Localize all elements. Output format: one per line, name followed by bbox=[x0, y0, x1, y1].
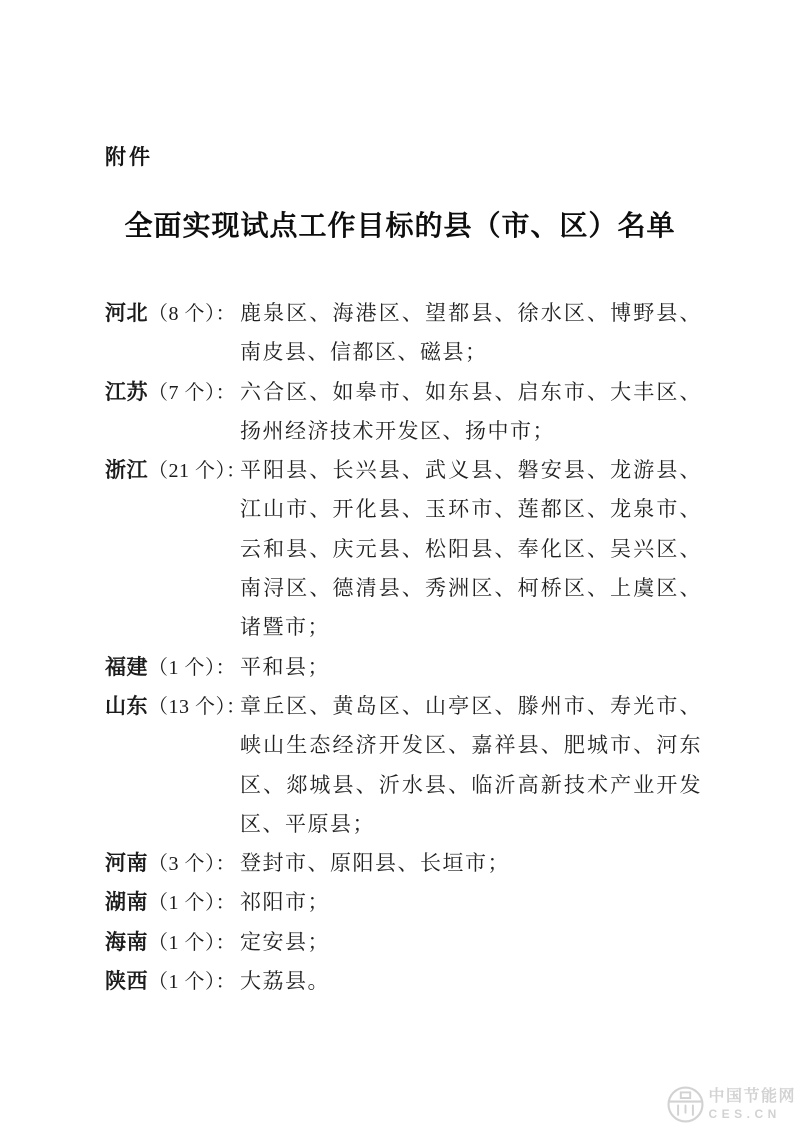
province-name: 河北 bbox=[105, 301, 148, 325]
province-entry-zhejiang: 浙江（21 个）： 平阳县、长兴县、武义县、磐安县、龙游县、江山市、开化县、玉环… bbox=[105, 451, 702, 647]
province-entry-henan: 河南（3 个）： 登封市、原阳县、长垣市； bbox=[105, 844, 702, 883]
attachment-label: 附件 bbox=[105, 141, 153, 171]
province-entry-fujian: 福建（1 个）： 平和县； bbox=[105, 648, 702, 687]
province-entry-label: 陕西（1 个）： bbox=[105, 962, 236, 1002]
province-count: （1 个）： bbox=[148, 932, 236, 954]
province-name: 陕西 bbox=[105, 969, 148, 993]
province-entry-hainan: 海南（1 个）： 定安县； bbox=[105, 923, 702, 962]
province-name: 河南 bbox=[105, 851, 148, 875]
province-count: （1 个）： bbox=[148, 892, 236, 914]
county-list-text: 平和县； bbox=[240, 655, 330, 679]
province-count: （8 个）： bbox=[148, 303, 236, 325]
province-entry-label: 河南（3 个）： bbox=[105, 844, 236, 884]
province-entry-label: 福建（1 个）： bbox=[105, 648, 236, 688]
county-list-text: 鹿泉区、海港区、望都县、徐水区、博野县、南皮县、信都区、磁县； bbox=[240, 301, 702, 364]
province-name: 山东 bbox=[105, 694, 148, 718]
province-name: 海南 bbox=[105, 930, 148, 954]
province-name: 浙江 bbox=[105, 458, 148, 482]
province-entry-hunan: 湖南（1 个）： 祁阳市； bbox=[105, 883, 702, 922]
province-entry-shaanxi: 陕西（1 个）： 大荔县。 bbox=[105, 962, 702, 1001]
province-count: （13 个）： bbox=[148, 696, 247, 718]
province-name: 湖南 bbox=[105, 890, 148, 914]
county-list-text: 祁阳市； bbox=[240, 890, 330, 914]
province-count: （7 个）： bbox=[148, 382, 236, 404]
document-page: 附件 全面实现试点工作目标的县（市、区）名单 河北（8 个）： 鹿泉区、海港区、… bbox=[0, 0, 800, 1131]
province-name: 福建 bbox=[105, 655, 148, 679]
province-count: （21 个）： bbox=[148, 460, 247, 482]
county-list-text: 章丘区、黄岛区、山亭区、滕州市、寿光市、峡山生态经济开发区、嘉祥县、肥城市、河东… bbox=[240, 694, 702, 836]
watermark-site-domain: CES.CN bbox=[708, 1108, 796, 1120]
watermark-site-name: 中国节能网 bbox=[708, 1089, 796, 1105]
page-title: 全面实现试点工作目标的县（市、区）名单 bbox=[0, 206, 800, 248]
province-entry-shandong: 山东（13 个）： 章丘区、黄岛区、山亭区、滕州市、寿光市、峡山生态经济开发区、… bbox=[105, 687, 702, 844]
province-entry-label: 湖南（1 个）： bbox=[105, 883, 236, 923]
province-entry-label: 江苏（7 个）： bbox=[105, 373, 236, 413]
province-entry-label: 河北（8 个）： bbox=[105, 294, 236, 334]
province-count: （1 个）： bbox=[148, 971, 236, 993]
watermark-text: 中国节能网 CES.CN bbox=[708, 1089, 796, 1120]
province-list: 河北（8 个）： 鹿泉区、海港区、望都县、徐水区、博野县、南皮县、信都区、磁县；… bbox=[105, 294, 702, 1001]
county-list-text: 六合区、如皋市、如东县、启东市、大丰区、扬州经济技术开发区、扬中市； bbox=[240, 380, 702, 443]
province-count: （1 个）： bbox=[148, 657, 236, 679]
province-count: （3 个）： bbox=[148, 853, 236, 875]
province-entry-label: 浙江（21 个）： bbox=[105, 451, 247, 491]
county-list-text: 登封市、原阳县、长垣市； bbox=[240, 851, 510, 875]
county-list-text: 大荔县。 bbox=[240, 969, 330, 993]
province-entry-label: 海南（1 个）： bbox=[105, 923, 236, 963]
ces-logo-icon bbox=[666, 1085, 705, 1124]
province-entry-jiangsu: 江苏（7 个）： 六合区、如皋市、如东县、启东市、大丰区、扬州经济技术开发区、扬… bbox=[105, 373, 702, 452]
site-watermark: 中国节能网 CES.CN bbox=[666, 1085, 796, 1124]
province-entry-label: 山东（13 个）： bbox=[105, 687, 247, 727]
county-list-text: 平阳县、长兴县、武义县、磐安县、龙游县、江山市、开化县、玉环市、莲都区、龙泉市、… bbox=[240, 458, 702, 639]
province-name: 江苏 bbox=[105, 380, 148, 404]
county-list-text: 定安县； bbox=[240, 930, 330, 954]
province-entry-hebei: 河北（8 个）： 鹿泉区、海港区、望都县、徐水区、博野县、南皮县、信都区、磁县； bbox=[105, 294, 702, 373]
